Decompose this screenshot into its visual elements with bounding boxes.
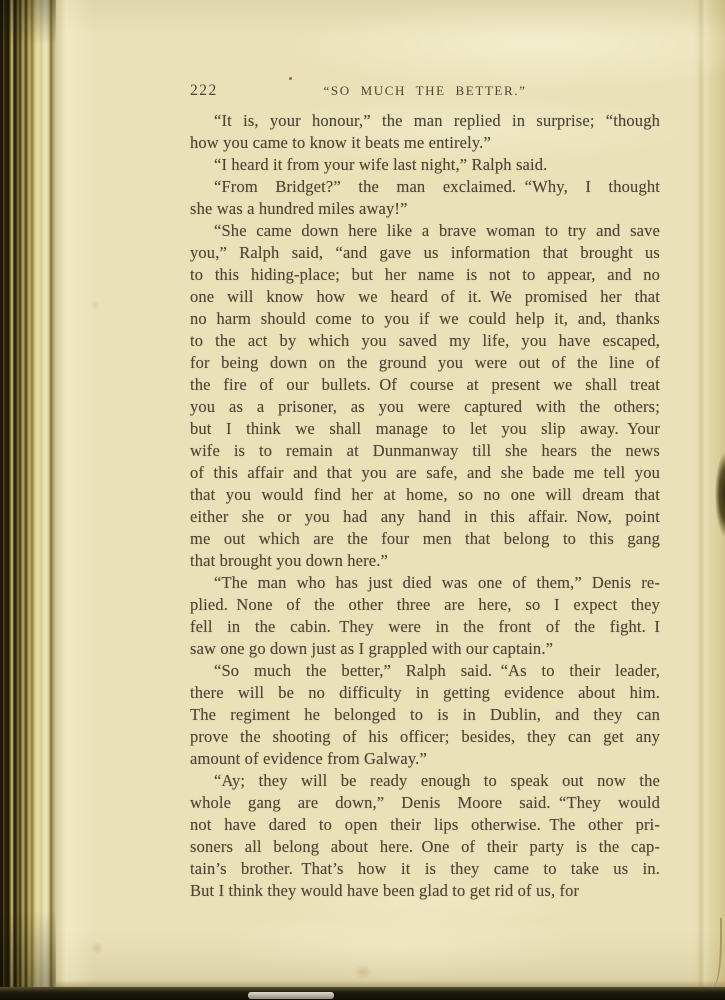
text-line: you,” Ralph said, “and gave us informati… [190, 242, 660, 264]
text-line: plied. None of the other three are here,… [190, 594, 660, 616]
text-line: “Ay; they will be ready enough to speak … [190, 770, 660, 792]
text-line: you as a prisoner, as you were captured … [190, 396, 660, 418]
text-line: fell in the cabin. They were in the fron… [190, 616, 660, 638]
page-header: 222 “SO MUCH THE BETTER.” [190, 82, 660, 102]
text-line: amount of evidence from Galway.” [190, 748, 660, 770]
text-line: for being down on the ground you were ou… [190, 352, 660, 374]
text-line: how you came to know it beats me entirel… [190, 132, 660, 154]
text-line: there will be no difficulty in getting e… [190, 682, 660, 704]
text-line: she was a hundred miles away!” [190, 198, 660, 220]
page-corner-curl [708, 918, 722, 986]
right-edge-shadow [715, 452, 725, 537]
text-line: tain’s brother. That’s how it is they ca… [190, 858, 660, 880]
text-line: “She came down here like a brave woman t… [190, 220, 660, 242]
text-line: that brought you down here.” [190, 550, 660, 572]
text-line: “I heard it from your wife last night,” … [190, 154, 660, 176]
page-edges-shading [0, 0, 56, 1000]
text-line: prove the shooting of his officer; besid… [190, 726, 660, 748]
page-text: “It is, your honour,” the man replied in… [190, 110, 660, 902]
text-line: me out which are the four men that belon… [190, 528, 660, 550]
text-line: the fire of our bullets. Of course at pr… [190, 374, 660, 396]
text-line: to the act by which you saved my life, y… [190, 330, 660, 352]
text-line: “It is, your honour,” the man replied in… [190, 110, 660, 132]
text-line: not have dared to open their lips otherw… [190, 814, 660, 836]
text-line: no harm should come to you if we could h… [190, 308, 660, 330]
text-line: “From Bridget?” the man exclaimed. “Why,… [190, 176, 660, 198]
text-line: whole gang are down,” Denis Moore said. … [190, 792, 660, 814]
text-line: The regiment he belonged to is in Dublin… [190, 704, 660, 726]
book-board-band [0, 987, 725, 1000]
text-line: either she or you had any hand in this a… [190, 506, 660, 528]
running-title: “SO MUCH THE BETTER.” [190, 83, 660, 99]
text-line: But I think they would have been glad to… [190, 880, 660, 902]
book-page-scan: 222 “SO MUCH THE BETTER.” “It is, your h… [0, 0, 725, 1000]
text-line: “So much the better,” Ralph said. “As to… [190, 660, 660, 682]
text-line: one will know how we heard of it. We pro… [190, 286, 660, 308]
paper-speck [289, 77, 292, 80]
text-line: “The man who has just died was one of th… [190, 572, 660, 594]
text-line: but I think we shall manage to let you s… [190, 418, 660, 440]
text-line: of this affair and that you are safe, an… [190, 462, 660, 484]
text-line: wife is to remain at Dunmanway till she … [190, 440, 660, 462]
text-line: to this hiding-place; but her name is no… [190, 264, 660, 286]
bottom-gray-sliver [248, 992, 334, 999]
text-line: that you would find her at home, so no o… [190, 484, 660, 506]
text-line: saw one go down just as I grappled with … [190, 638, 660, 660]
page-bottom-edge-shadow [56, 980, 725, 987]
text-line: soners all belong about here. One of the… [190, 836, 660, 858]
